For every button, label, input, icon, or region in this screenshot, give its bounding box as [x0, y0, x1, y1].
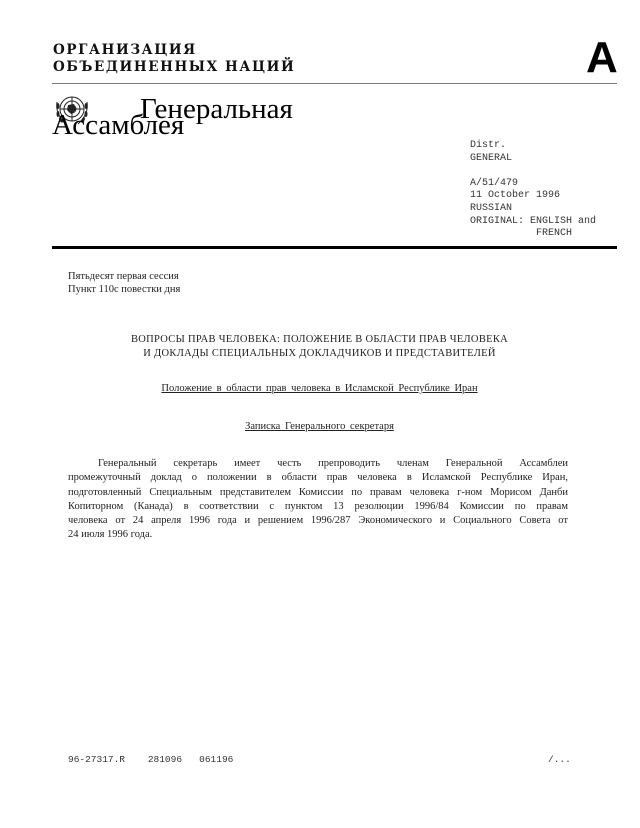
organization-line-2: ОБЪЕДИНЕННЫХ НАЦИЙ	[53, 59, 295, 76]
distr-label: Distr.	[470, 140, 506, 151]
footer-date-2: 061196	[199, 754, 233, 765]
body-line: Генеральный секретарь имеет честь препро…	[68, 457, 568, 471]
original-value: ENGLISH and	[530, 216, 596, 227]
original-value-2: FRENCH	[536, 228, 572, 239]
footer-codes: 96-27317.R 281096 061196	[68, 754, 233, 765]
metadata-divider	[52, 246, 617, 249]
body-name-line-2: Ассамблея	[52, 110, 184, 140]
note-title: Записка Генерального секретаря	[52, 421, 587, 432]
continuation-marker: /...	[548, 754, 571, 765]
title-line-2: И ДОКЛАДЫ СПЕЦИАЛЬНЫХ ДОКЛАДЧИКОВ И ПРЕД…	[52, 347, 587, 361]
original-label: ORIGINAL:	[470, 216, 524, 227]
body-line: Копиторном (Канада) в соответствии с пун…	[68, 500, 568, 514]
document-metadata: Distr. GENERAL A/51/479 11 October 1996 …	[470, 140, 596, 241]
body-line: промежуточный доклад о положении в облас…	[68, 471, 568, 485]
note-title-text: Записка Генерального секретаря	[245, 421, 394, 432]
series-letter: A	[586, 34, 618, 82]
body-line: человека от 24 апреля 1996 года и решени…	[68, 514, 568, 528]
agenda-item-line: Пункт 110с повестки дня	[68, 283, 180, 296]
body-paragraph: Генеральный секретарь имеет честь препро…	[68, 457, 568, 543]
footer-doc-code: 96-27317.R	[68, 754, 125, 765]
body-line: подготовленный Специальным представителе…	[68, 486, 568, 500]
title-line-1: ВОПРОСЫ ПРАВ ЧЕЛОВЕКА: ПОЛОЖЕНИЕ В ОБЛАС…	[52, 333, 587, 347]
footer-date-1: 281096	[148, 754, 182, 765]
session-info: Пятьдесят первая сессия Пункт 110с повес…	[68, 270, 180, 296]
document-subtitle: Положение в области прав человека в Исла…	[52, 383, 587, 394]
document-symbol: A/51/479	[470, 178, 518, 189]
document-language: RUSSIAN	[470, 203, 512, 214]
organization-name: ОРГАНИЗАЦИЯ ОБЪЕДИНЕННЫХ НАЦИЙ	[53, 42, 295, 76]
subtitle-text: Положение в области прав человека в Исла…	[161, 383, 477, 394]
body-line: 24 июля 1996 года.	[68, 528, 568, 542]
header-divider	[52, 83, 617, 84]
organization-line-1: ОРГАНИЗАЦИЯ	[53, 42, 295, 59]
session-line: Пятьдесят первая сессия	[68, 270, 180, 283]
document-date: 11 October 1996	[470, 190, 560, 201]
distr-value: GENERAL	[470, 153, 512, 164]
document-title: ВОПРОСЫ ПРАВ ЧЕЛОВЕКА: ПОЛОЖЕНИЕ В ОБЛАС…	[52, 333, 587, 361]
